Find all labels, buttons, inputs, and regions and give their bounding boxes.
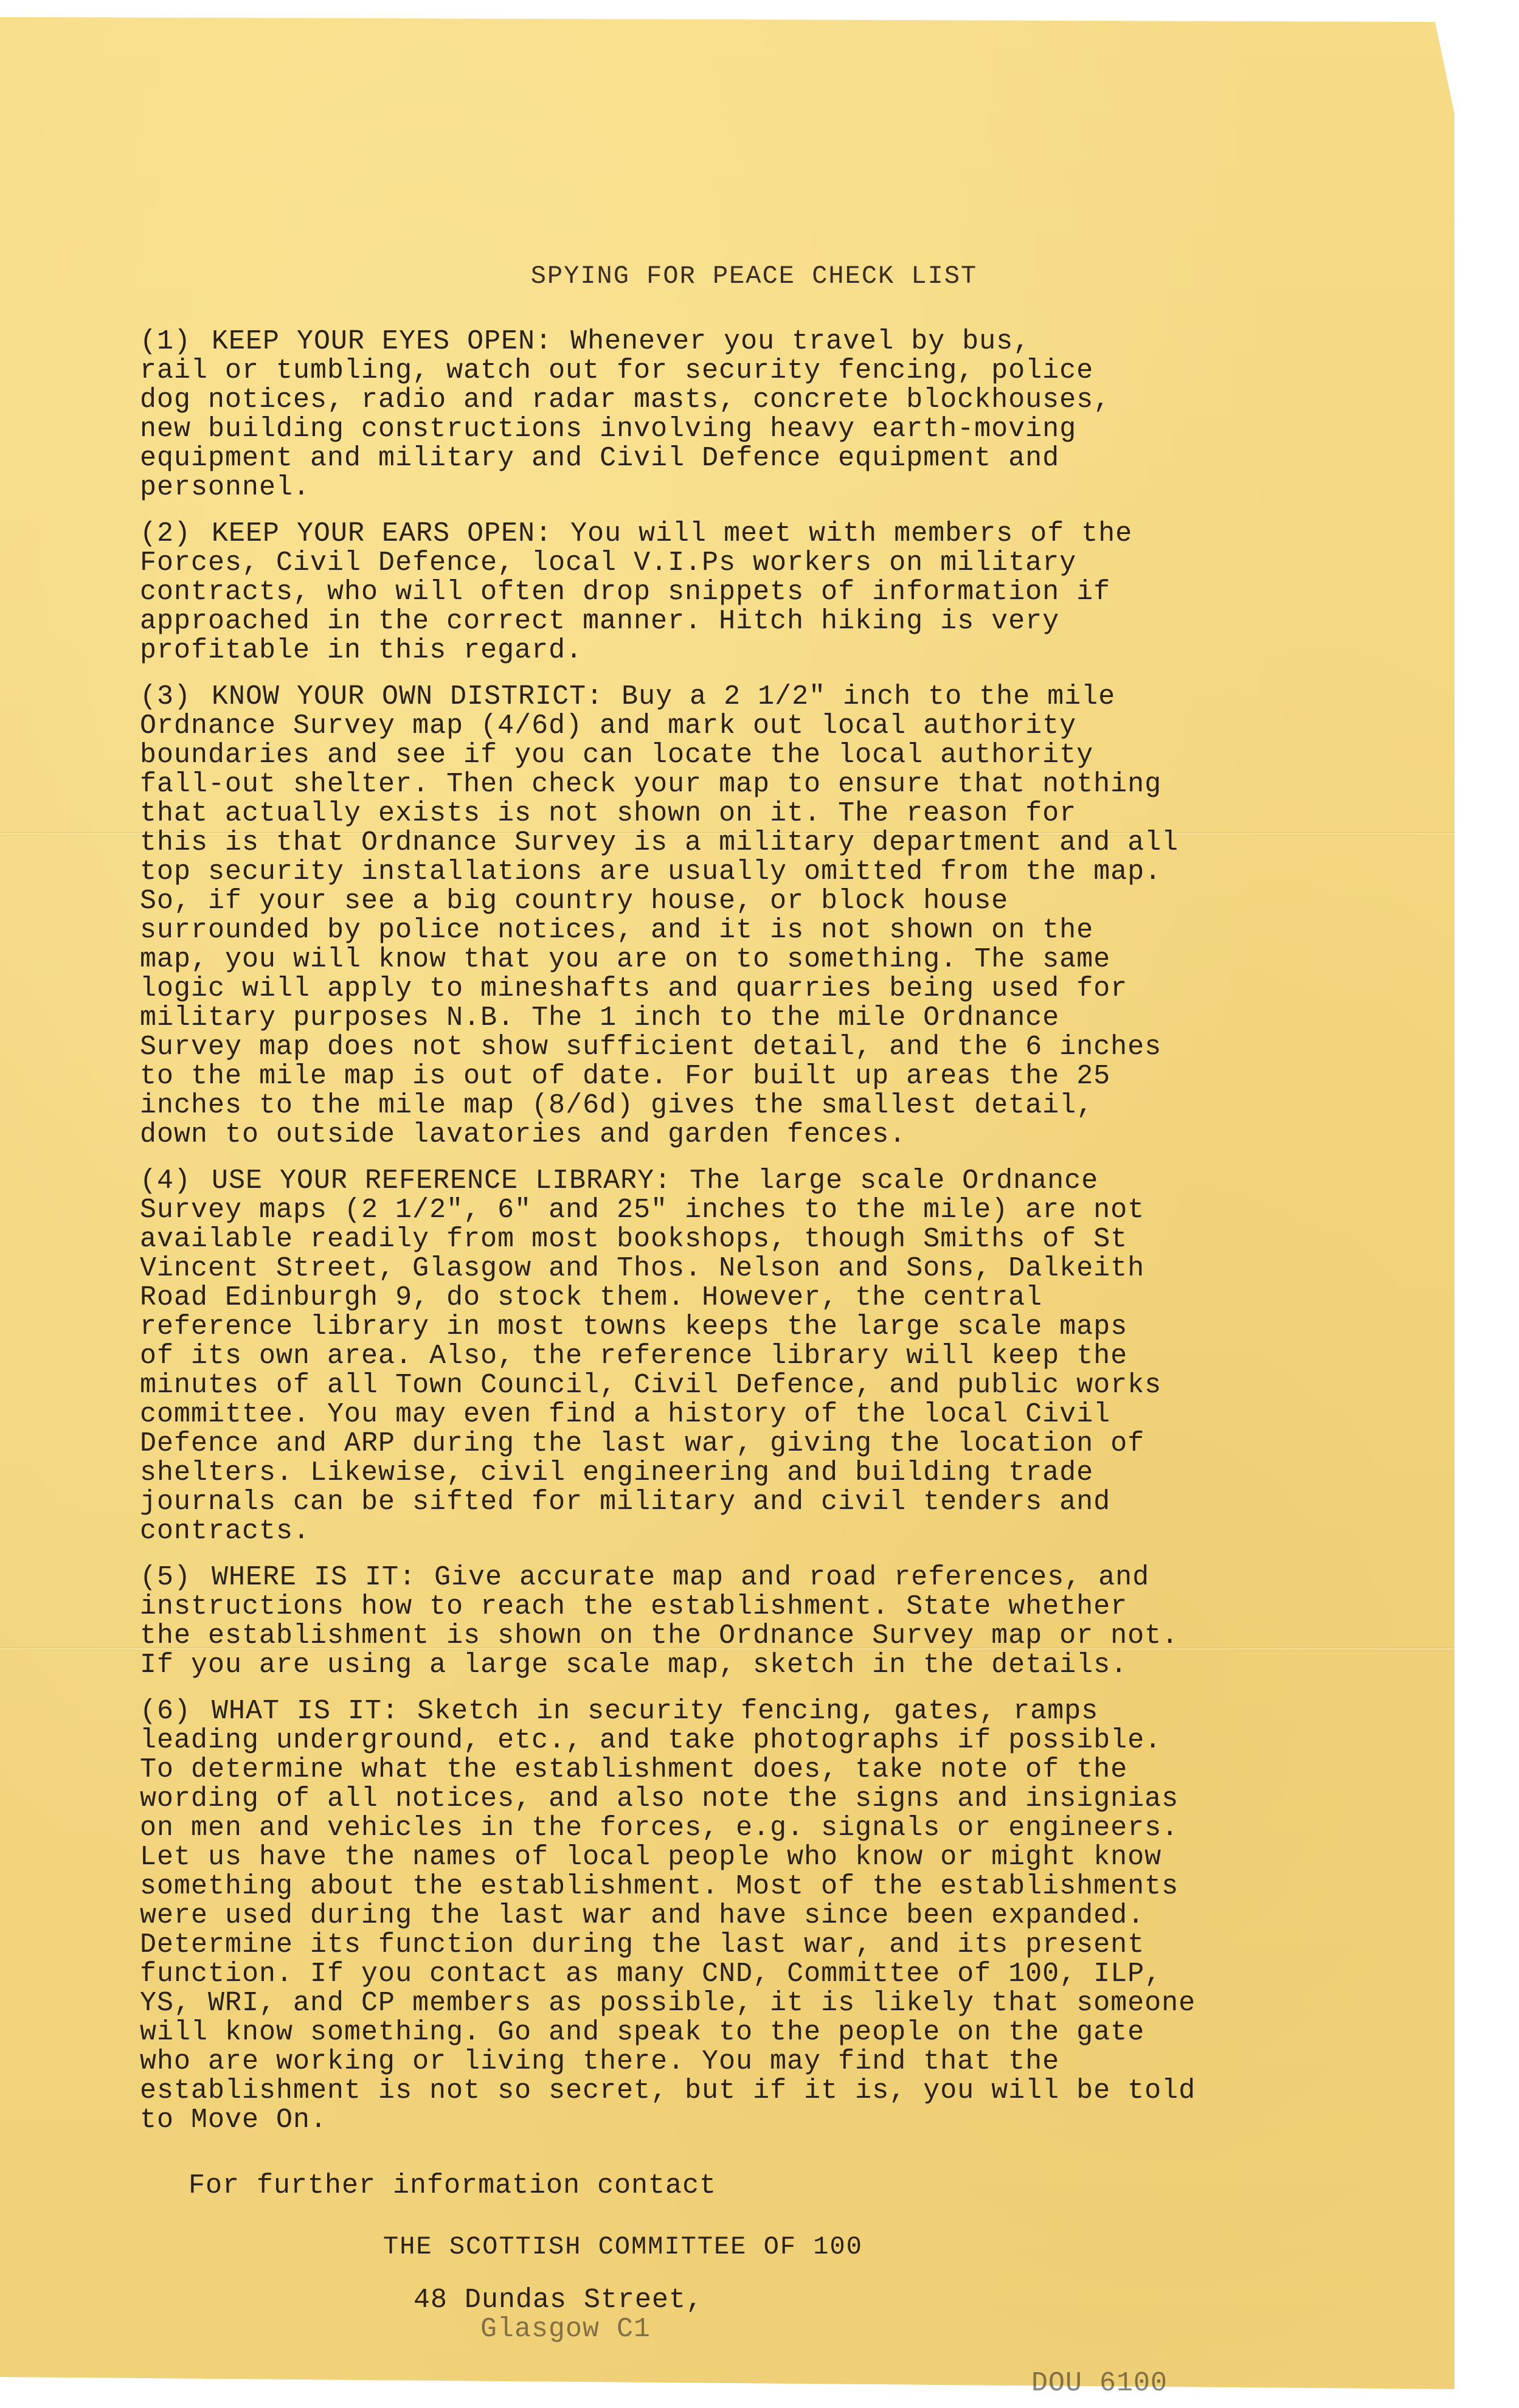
section-number: (3) (140, 681, 191, 712)
footer-telephone-row: DOU 6100 (140, 2364, 1295, 2395)
section-6: (6)WHAT IS IT:Sketch in security fencing… (140, 1697, 1295, 2135)
section-number: (4) (140, 1165, 191, 1196)
typewritten-document: SPYING FOR PEACE CHECK LIST (1)KEEP YOUR… (140, 262, 1295, 2344)
section-number: (5) (140, 1562, 191, 1593)
section-2: (2)KEEP YOUR EARS OPEN:You will meet wit… (140, 519, 1295, 665)
organisation-name: THE SCOTTISH COMMITTEE OF 100 (140, 2232, 1295, 2261)
telephone-number: DOU 6100 (1031, 2369, 1168, 2398)
section-4: (4)USE YOUR REFERENCE LIBRARY:The large … (140, 1167, 1295, 1546)
section-body: The large scale Ordnance Survey maps (2 … (140, 1165, 1161, 1547)
section-3: (3)KNOW YOUR OWN DISTRICT:Buy a 2 1/2" i… (140, 682, 1295, 1150)
address-line-2: Glasgow C1 (140, 2315, 1295, 2344)
section-body: Buy a 2 1/2" inch to the mile Ordnance S… (140, 681, 1178, 1150)
document-title: SPYING FOR PEACE CHECK LIST (140, 262, 1295, 291)
section-number: (1) (140, 326, 191, 357)
section-heading: WHAT IS IT: (212, 1696, 399, 1727)
contact-line: For further information contact (140, 2171, 1295, 2201)
section-heading: WHERE IS IT: (212, 1562, 416, 1593)
section-heading: KEEP YOUR EARS OPEN: (212, 518, 552, 549)
section-heading: KEEP YOUR EYES OPEN: (212, 326, 552, 357)
section-heading: USE YOUR REFERENCE LIBRARY: (212, 1165, 671, 1196)
address-line-1: 48 Dundas Street, (140, 2286, 1295, 2315)
section-heading: KNOW YOUR OWN DISTRICT: (212, 681, 603, 712)
section-5: (5)WHERE IS IT:Give accurate map and roa… (140, 1563, 1295, 1680)
section-number: (6) (140, 1696, 191, 1727)
section-body: Sketch in security fencing, gates, ramps… (140, 1696, 1195, 2136)
section-1: (1)KEEP YOUR EYES OPEN:Whenever you trav… (140, 327, 1295, 502)
section-number: (2) (140, 518, 191, 549)
